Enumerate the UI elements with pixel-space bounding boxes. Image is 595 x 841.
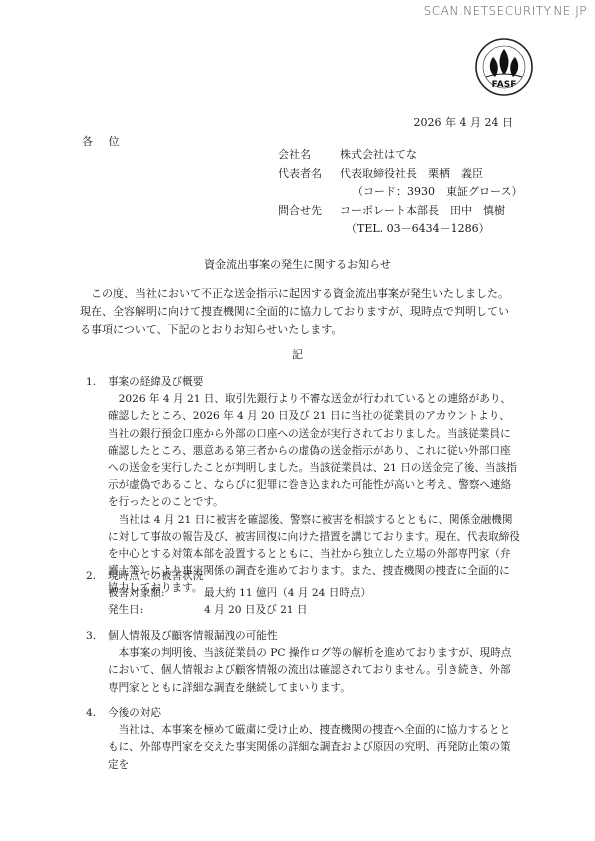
- section-paragraph: 2026 年 4 月 21 日、取引先銀行より不審な送金が行われているとの連絡が…: [108, 391, 520, 511]
- detail-value: 4 月 20 日及び 21 日: [200, 602, 308, 619]
- contact-value: コーポレート本部長 田中 慎樹: [340, 202, 505, 221]
- representative-label: 代表者名: [278, 165, 340, 184]
- detail-value: 最大約 11 億円（4 月 24 日時点）: [200, 585, 371, 602]
- section-heading: 3. 個人情報及び顧客情報漏洩の可能性: [80, 628, 520, 645]
- section-paragraph: 本事案の判明後、当該従業員の PC 操作ログ等の解析を進めておりますが、現時点に…: [108, 645, 520, 697]
- contact-label: 問合せ先: [278, 202, 340, 221]
- document-title: 資金流出事案の発生に関するお知らせ: [0, 256, 595, 272]
- company-info-block: 会社名 株式会社はてな 代表者名 代表取締役社長 栗栖 義臣 （コード：3930…: [278, 146, 522, 239]
- section-number: 2.: [86, 568, 108, 585]
- section-3: 3. 個人情報及び顧客情報漏洩の可能性 本事案の判明後、当該従業員の PC 操作…: [80, 628, 520, 697]
- watermark: SCAN.NETSECURITY.NE.JP: [424, 4, 587, 18]
- section-1: 1. 事案の経緯及び概要 2026 年 4 月 21 日、取引先銀行より不審な送…: [80, 374, 520, 598]
- representative-value: 代表取締役社長 栗栖 義臣: [340, 165, 483, 184]
- section-paragraph: 当社は、本事案を極めて厳粛に受け止め、捜査機関の捜査へ全面的に協力するとともに、…: [108, 722, 520, 774]
- contact-row: 問合せ先 コーポレート本部長 田中 慎樹: [278, 202, 522, 221]
- section-body: 本事案の判明後、当該従業員の PC 操作ログ等の解析を進めておりますが、現時点に…: [80, 645, 520, 697]
- section-heading: 4. 今後の対応: [80, 705, 520, 722]
- section-title: 今後の対応: [108, 705, 161, 722]
- section-number: 3.: [86, 628, 108, 645]
- section-body: 2026 年 4 月 21 日、取引先銀行より不審な送金が行われているとの連絡が…: [80, 391, 520, 597]
- section-title: 事案の経緯及び概要: [108, 374, 203, 391]
- damage-amount-row: 被害対象額: 最大約 11 億円（4 月 24 日時点）: [80, 585, 520, 602]
- detail-label: 発生日:: [108, 602, 200, 619]
- section-heading: 2. 現時点での被害状況: [80, 568, 520, 585]
- section-number: 4.: [86, 705, 108, 722]
- section-4: 4. 今後の対応 当社は、本事案を極めて厳粛に受け止め、捜査機関の捜査へ全面的に…: [80, 705, 520, 774]
- section-title: 個人情報及び顧客情報漏洩の可能性: [108, 628, 278, 645]
- stock-code: （コード：3930 東証グロース）: [278, 183, 522, 202]
- contact-tel: （TEL. 03－6434－1286）: [278, 220, 522, 239]
- section-title: 現時点での被害状況: [108, 568, 203, 585]
- section-2: 2. 現時点での被害状況 被害対象額: 最大約 11 億円（4 月 24 日時点…: [80, 568, 520, 620]
- intro-paragraph: この度、当社において不正な送金指示に起因する資金流出事案が発生いたしました。現在…: [80, 285, 518, 339]
- occurrence-date-row: 発生日: 4 月 20 日及び 21 日: [80, 602, 520, 619]
- company-row: 会社名 株式会社はてな: [278, 146, 522, 165]
- company-label: 会社名: [278, 146, 340, 165]
- intro-text: この度、当社において不正な送金指示に起因する資金流出事案が発生いたしました。現在…: [80, 285, 518, 339]
- company-value: 株式会社はてな: [340, 146, 417, 165]
- representative-row: 代表者名 代表取締役社長 栗栖 義臣: [278, 165, 522, 184]
- section-heading: 1. 事案の経緯及び概要: [80, 374, 520, 391]
- fasf-logo-icon: FASF: [474, 37, 534, 97]
- document-date: 2026 年 4 月 24 日: [414, 114, 513, 130]
- section-body: 当社は、本事案を極めて厳粛に受け止め、捜査機関の捜査へ全面的に協力するとともに、…: [80, 722, 520, 774]
- svg-text:FASF: FASF: [492, 80, 517, 90]
- ki-marker: 記: [0, 346, 595, 362]
- detail-label: 被害対象額:: [108, 585, 200, 602]
- addressee: 各 位: [82, 133, 126, 149]
- section-number: 1.: [86, 374, 108, 391]
